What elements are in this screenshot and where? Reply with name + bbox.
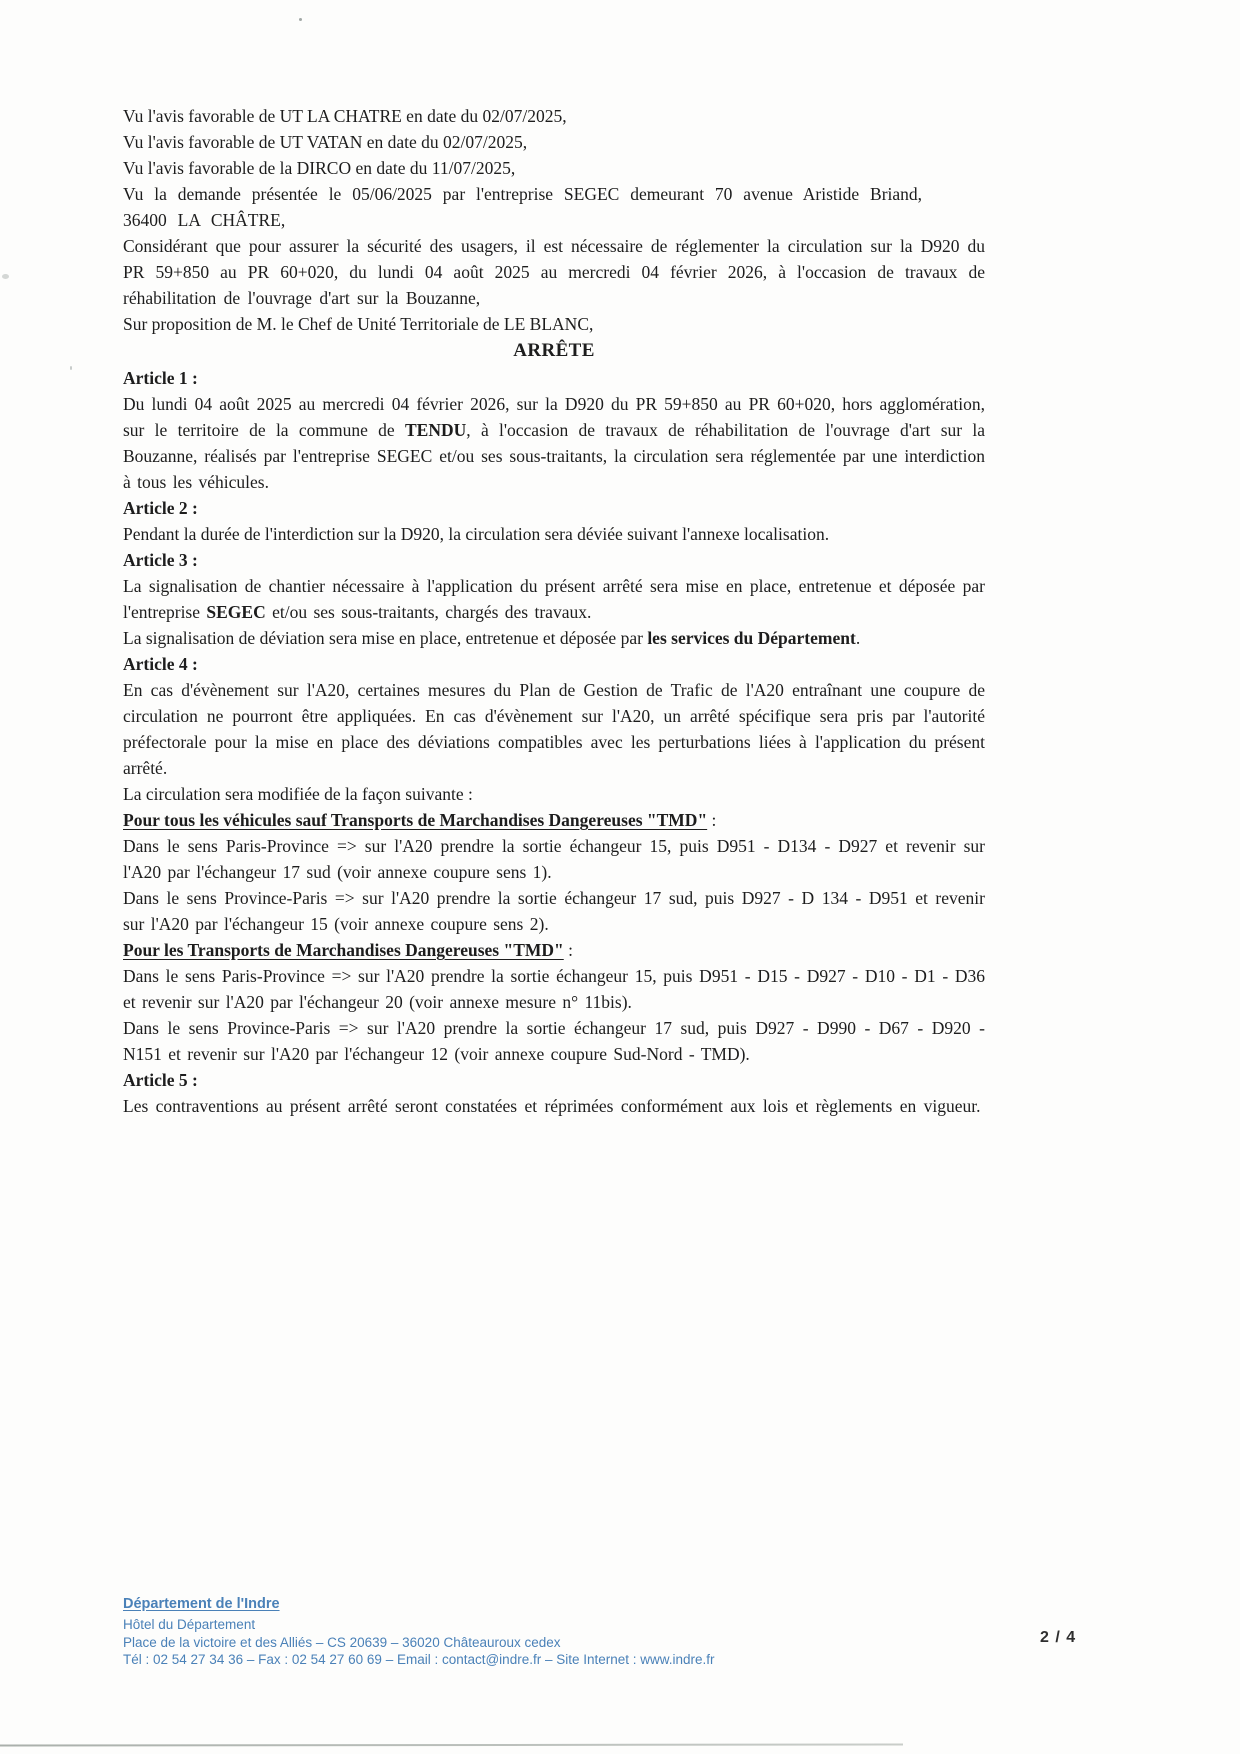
scan-speck bbox=[70, 366, 72, 370]
recital-ut-vatan: Vu l'avis favorable de UT VATAN en date … bbox=[123, 129, 985, 155]
scan-edge-line bbox=[0, 1744, 903, 1747]
scan-speck bbox=[2, 274, 9, 279]
non-tmd-sens-paris-province: Dans le sens Paris-Province => sur l'A20… bbox=[123, 833, 985, 885]
footer-building-line: Hôtel du Département bbox=[123, 1616, 715, 1634]
article-2-body: Pendant la durée de l'interdiction sur l… bbox=[123, 521, 985, 547]
arrete-title: ARRÊTE bbox=[123, 337, 985, 365]
recital-demande: Vu la demande présentée le 05/06/2025 pa… bbox=[123, 181, 985, 233]
article-3-body-deviation: La signalisation de déviation sera mise … bbox=[123, 625, 985, 651]
recital-ut-la-chatre: Vu l'avis favorable de UT LA CHATRE en d… bbox=[123, 103, 985, 129]
section-heading-non-tmd: Pour tous les véhicules sauf Transports … bbox=[123, 807, 985, 833]
circulation-intro: La circulation sera modifiée de la façon… bbox=[123, 781, 985, 807]
page-number: 2 / 4 bbox=[1040, 1629, 1120, 1647]
article-3-heading: Article 3 : bbox=[123, 547, 985, 573]
tmd-sens-paris-province: Dans le sens Paris-Province => sur l'A20… bbox=[123, 963, 985, 1015]
sur-proposition-paragraph: Sur proposition de M. le Chef de Unité T… bbox=[123, 311, 985, 337]
footer-organization: Département de l'Indre bbox=[123, 1596, 715, 1612]
considerant-paragraph: Considérant que pour assurer la sécurité… bbox=[123, 233, 985, 311]
footer-contact-line: Tél : 02 54 27 34 36 – Fax : 02 54 27 60… bbox=[123, 1651, 715, 1669]
article-1-heading: Article 1 : bbox=[123, 365, 985, 391]
scan-speck bbox=[299, 18, 302, 21]
scanned-document-page: Vu l'avis favorable de UT LA CHATRE en d… bbox=[0, 0, 1240, 1754]
document-body: Vu l'avis favorable de UT LA CHATRE en d… bbox=[123, 103, 985, 1119]
article-5-heading: Article 5 : bbox=[123, 1067, 985, 1093]
recital-dirco: Vu l'avis favorable de la DIRCO en date … bbox=[123, 155, 985, 181]
article-2-heading: Article 2 : bbox=[123, 495, 985, 521]
article-4-heading: Article 4 : bbox=[123, 651, 985, 677]
article-1-body: Du lundi 04 août 2025 au mercredi 04 fév… bbox=[123, 391, 985, 495]
article-4-body: En cas d'évènement sur l'A20, certaines … bbox=[123, 677, 985, 781]
tmd-sens-province-paris: Dans le sens Province-Paris => sur l'A20… bbox=[123, 1015, 985, 1067]
article-5-body: Les contraventions au présent arrêté ser… bbox=[123, 1093, 985, 1119]
footer-address-line: Place de la victoire et des Alliés – CS … bbox=[123, 1634, 715, 1652]
non-tmd-sens-province-paris: Dans le sens Province-Paris => sur l'A20… bbox=[123, 885, 985, 937]
article-3-body: La signalisation de chantier nécessaire … bbox=[123, 573, 985, 625]
letterhead-footer: Département de l'Indre Hôtel du Départem… bbox=[123, 1596, 715, 1669]
section-heading-tmd: Pour les Transports de Marchandises Dang… bbox=[123, 937, 985, 963]
